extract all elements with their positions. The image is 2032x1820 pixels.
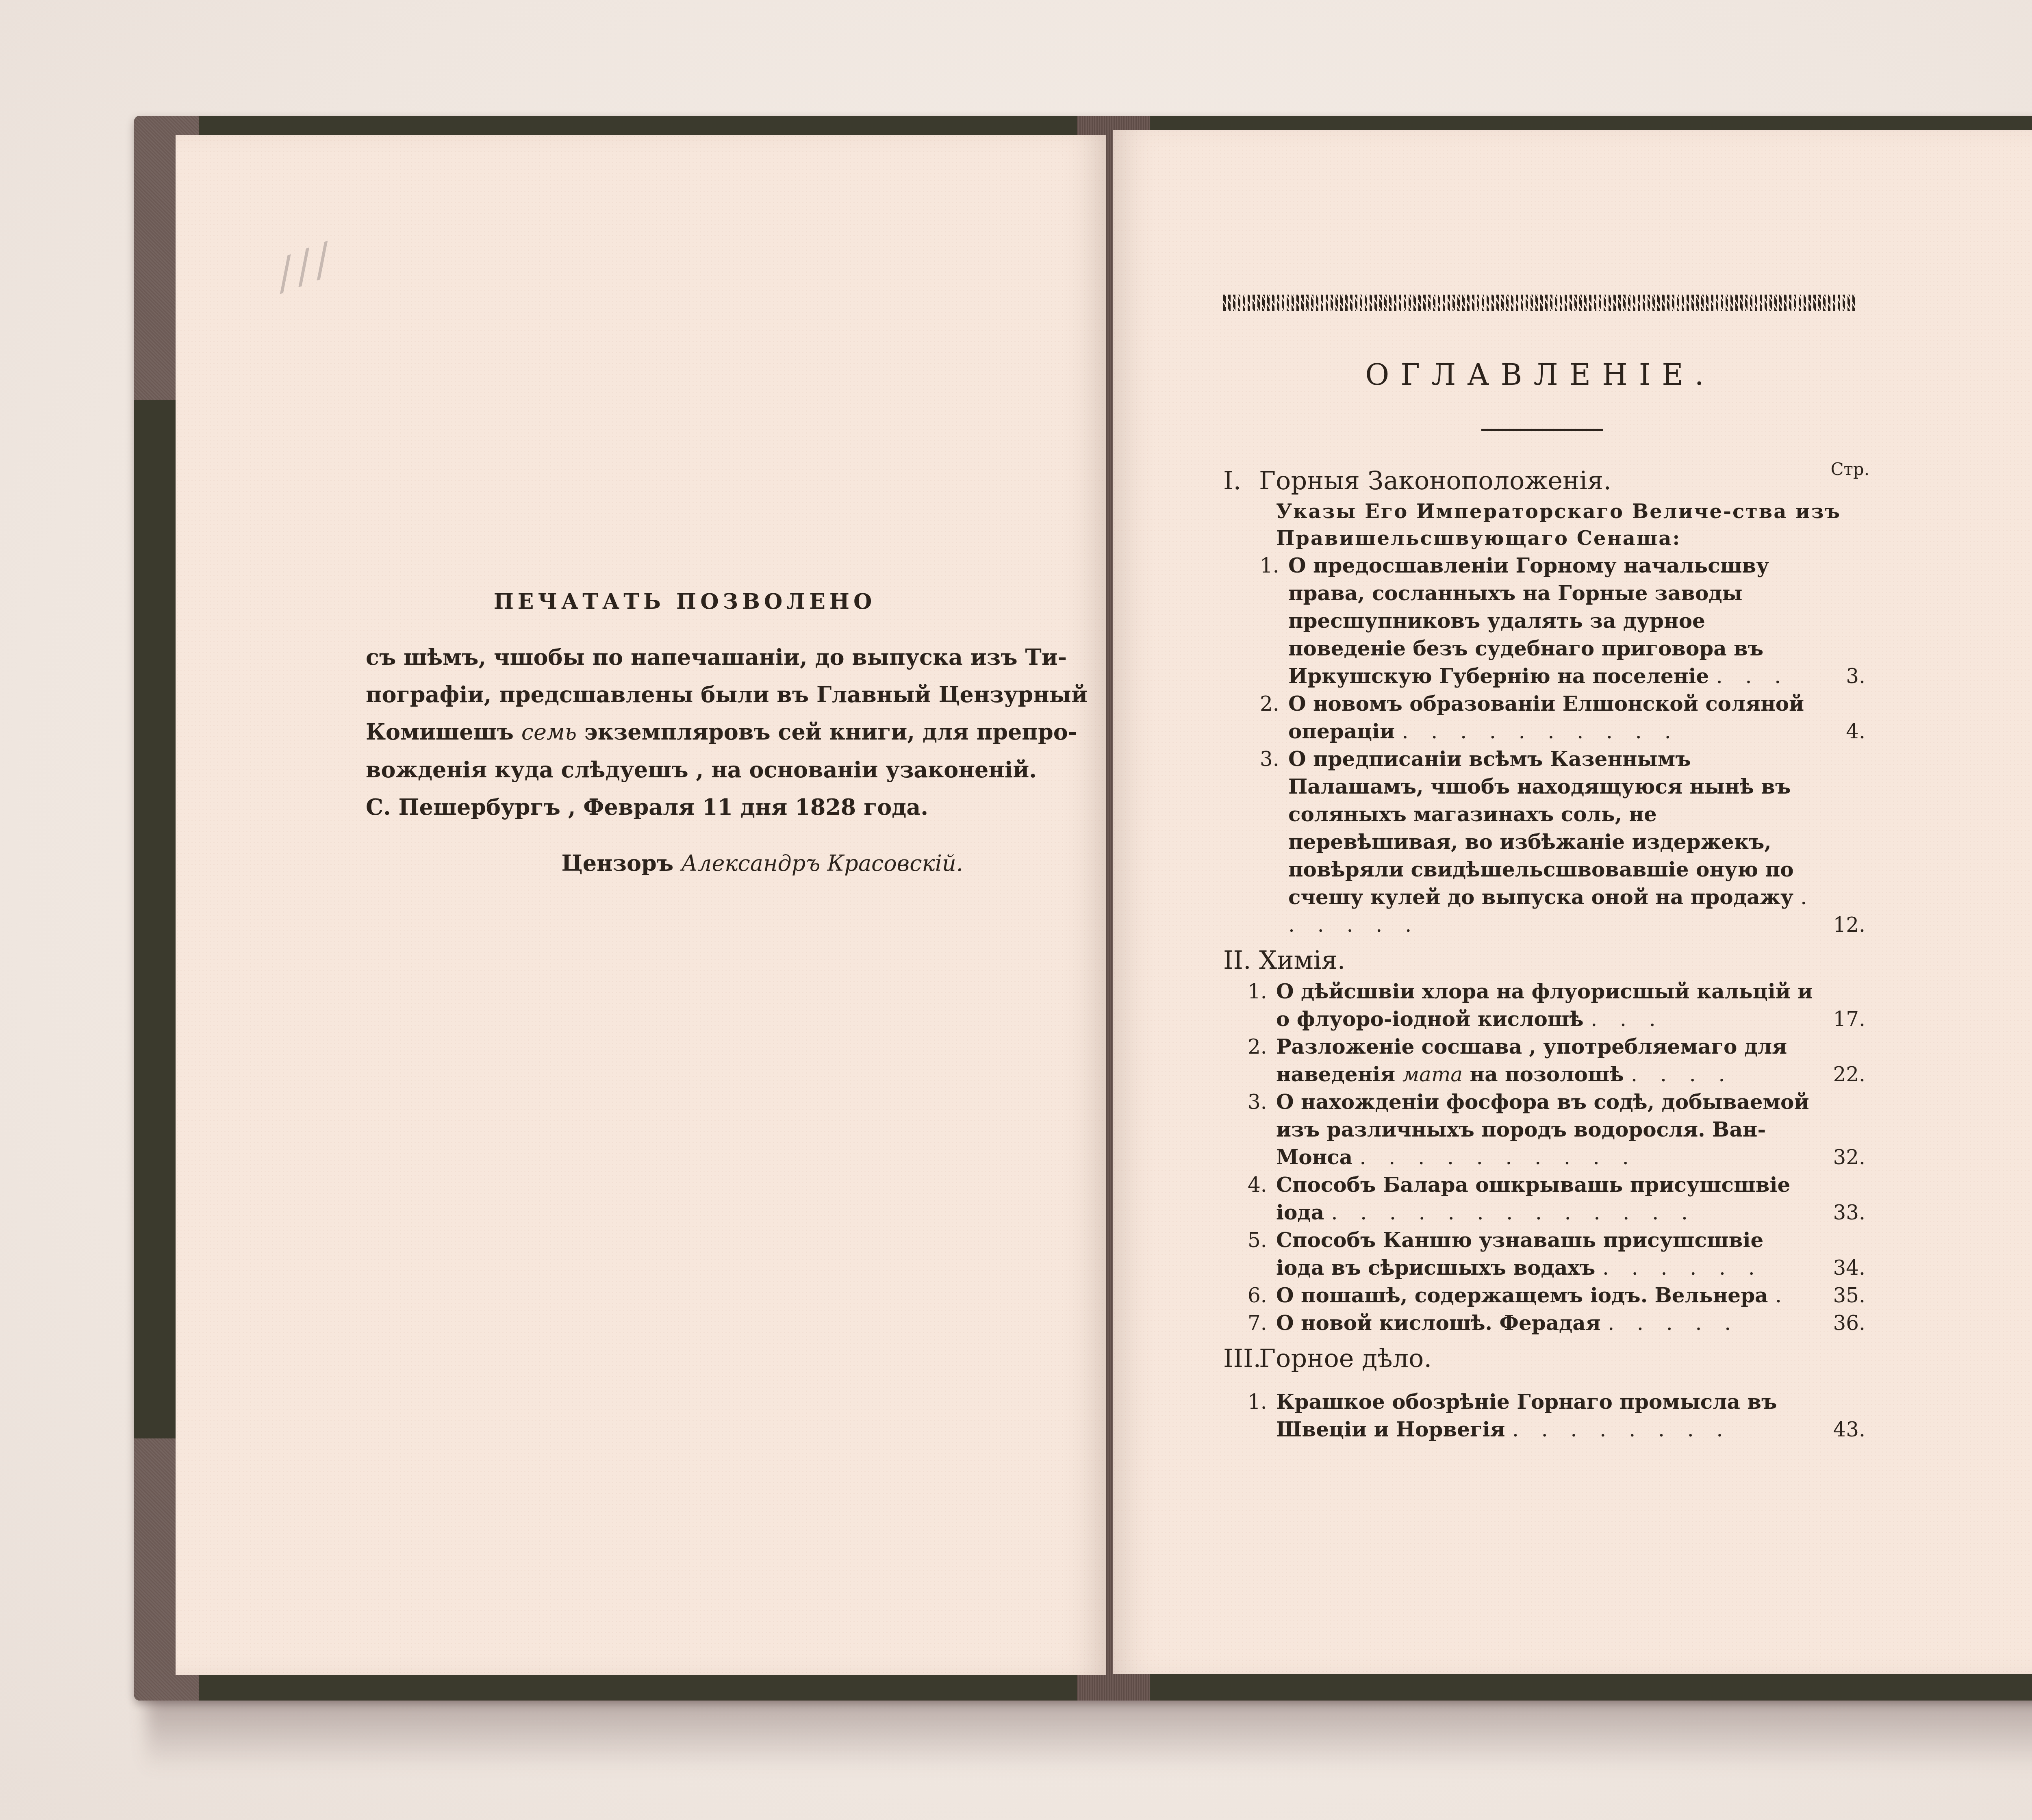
entry-text: О новой кислошѣ. Ферадая — [1276, 1311, 1601, 1335]
entry-number: 1. — [1260, 552, 1279, 579]
leader-dots: . . . . . — [1608, 1311, 1739, 1335]
imprimatur-text: экземпляровъ сей книги, для препро- — [584, 719, 1077, 745]
entry-number: 7. — [1248, 1309, 1267, 1337]
imprimatur-line: Комишешъ семь экземпляровъ сей книги, дл… — [366, 713, 988, 751]
entry-number: 1. — [1248, 1388, 1267, 1416]
imprimatur-line: съ шѣмъ, чшобы по напечашанiи, до выпуск… — [366, 638, 988, 676]
leader-dots: . — [1775, 1284, 1790, 1307]
entry-number: 3. — [1248, 1088, 1267, 1116]
toc-section: III.Горное дѣло. — [1223, 1341, 1869, 1376]
entry-text: О дѣйсшвiи хлора на флуорисшый кальцiй и… — [1276, 979, 1813, 1031]
entry-text: О пошашѣ, содержащемъ iодъ. Вельнера — [1276, 1283, 1768, 1307]
entry-page: 34. — [1833, 1254, 1865, 1282]
imprimatur-line: вожденiя куда слѣдуешъ , на основанiи уз… — [366, 751, 988, 788]
imprimatur-title: ПЕЧАТАТЬ ПОЗВОЛЕНО — [366, 589, 988, 614]
entry-number: 1. — [1248, 978, 1267, 1005]
entry-page: 36. — [1833, 1309, 1865, 1337]
entry-number: 2. — [1260, 690, 1279, 718]
entry-page: 35. — [1833, 1282, 1865, 1309]
entry-page: 33. — [1833, 1199, 1865, 1226]
toc-entry: 3. О предписанiи всѣмъ Казеннымъ Палашам… — [1223, 745, 1869, 939]
entry-text: О предосшавленiи Горному начальсшву прав… — [1288, 553, 1769, 688]
toc-title: ОГЛАВЛЕНIЕ. — [1223, 358, 1857, 392]
leader-dots: . . . . . . . . . . — [1402, 720, 1679, 743]
toc-entry: 4. Способъ Балара ошкрывашь присушсшвiе … — [1223, 1171, 1869, 1226]
toc-entry: 2. О новомъ образованiи Елшонской соляно… — [1223, 690, 1869, 745]
imprimatur-text: Комишешъ — [366, 719, 514, 745]
section-numeral: III. — [1223, 1341, 1259, 1376]
toc-entry: 7. О новой кислошѣ. Ферадая . . . . . 36… — [1223, 1309, 1869, 1337]
entry-page: 4. — [1846, 718, 1865, 745]
toc-entry: 3. О нахожденiи фосфора въ содѣ, добывае… — [1223, 1088, 1869, 1171]
left-page — [176, 135, 1106, 1675]
entry-page: 22. — [1833, 1061, 1865, 1088]
leader-dots: . . . — [1716, 664, 1789, 688]
leader-dots: . . . . . . . . — [1512, 1418, 1731, 1441]
toc-entry: 1. О дѣйсшвiи хлора на флуорисшый кальцi… — [1223, 978, 1869, 1033]
leader-dots: . . . — [1591, 1007, 1663, 1031]
toc-entry: 6. О пошашѣ, содержащемъ iодъ. Вельнера … — [1223, 1282, 1869, 1309]
section-numeral: II. — [1223, 943, 1259, 978]
entry-page: 17. — [1833, 1005, 1865, 1033]
entry-page: 3. — [1846, 662, 1865, 690]
leader-dots: . . . . . . . . . . . . . — [1331, 1201, 1696, 1224]
entry-italic: мата — [1402, 1063, 1463, 1086]
imprimatur-italic: семь — [521, 719, 577, 745]
section-title: Горныя Законоположенiя. — [1259, 466, 1611, 495]
toc-entry: 1. О предосшавленiи Горному начальсшву п… — [1223, 552, 1869, 690]
leader-dots: . . . . . . — [1602, 1256, 1763, 1280]
toc-section: I.Горныя Законоположенiя. — [1223, 463, 1869, 498]
entry-text: О предписанiи всѣмъ Казеннымъ Палашамъ, … — [1288, 747, 1794, 909]
entry-page: 43. — [1833, 1416, 1865, 1443]
entry-number: 2. — [1248, 1033, 1267, 1061]
leader-dots: . . . . — [1631, 1063, 1733, 1086]
entry-number: 3. — [1260, 745, 1279, 773]
toc-section: II.Химiя. — [1223, 943, 1869, 978]
censor-signature: Цензоръ Александръ Красовскiй. — [366, 850, 988, 876]
entry-page: 32. — [1833, 1143, 1865, 1171]
section-title: Горное дѣло. — [1259, 1343, 1432, 1373]
imprimatur-block: ПЕЧАТАТЬ ПОЗВОЛЕНО съ шѣмъ, чшобы по нап… — [366, 589, 988, 876]
censor-name: Александръ Красовскiй. — [681, 850, 963, 876]
section-subheading: Указы Его Императорскаго Величе-ства изъ… — [1223, 498, 1869, 552]
ornamental-wavy-rule — [1223, 295, 1857, 311]
entry-number: 4. — [1248, 1171, 1267, 1199]
censor-label: Цензоръ — [562, 850, 674, 876]
section-numeral: I. — [1223, 463, 1259, 498]
entry-page: 12. — [1833, 911, 1865, 939]
table-of-contents: Стр. I.Горныя Законоположенiя. Указы Его… — [1223, 459, 1869, 1443]
entry-text: на позолошѣ — [1470, 1062, 1624, 1086]
entry-number: 6. — [1248, 1282, 1267, 1309]
toc-entry: 1. Крашкое обозрѣнiе Горнаго промысла въ… — [1223, 1388, 1869, 1443]
toc-entry: 5. Способъ Каншю узнавашь присушсшвiе iо… — [1223, 1226, 1869, 1282]
imprimatur-date-line: С. Пешербургъ , Февраля 11 дня 1828 года… — [366, 788, 988, 826]
page-column-label: Стр. — [1830, 459, 1869, 479]
title-rule — [1481, 429, 1603, 431]
entry-number: 5. — [1248, 1226, 1267, 1254]
imprimatur-line: пографiи, предсшавлены были въ Главный Ц… — [366, 676, 988, 713]
leader-dots: . . . . . . . . . . — [1360, 1145, 1637, 1169]
toc-entry: 2. Разложенiе сосшава , употребляемаго д… — [1223, 1033, 1869, 1088]
section-title: Химiя. — [1259, 945, 1345, 975]
